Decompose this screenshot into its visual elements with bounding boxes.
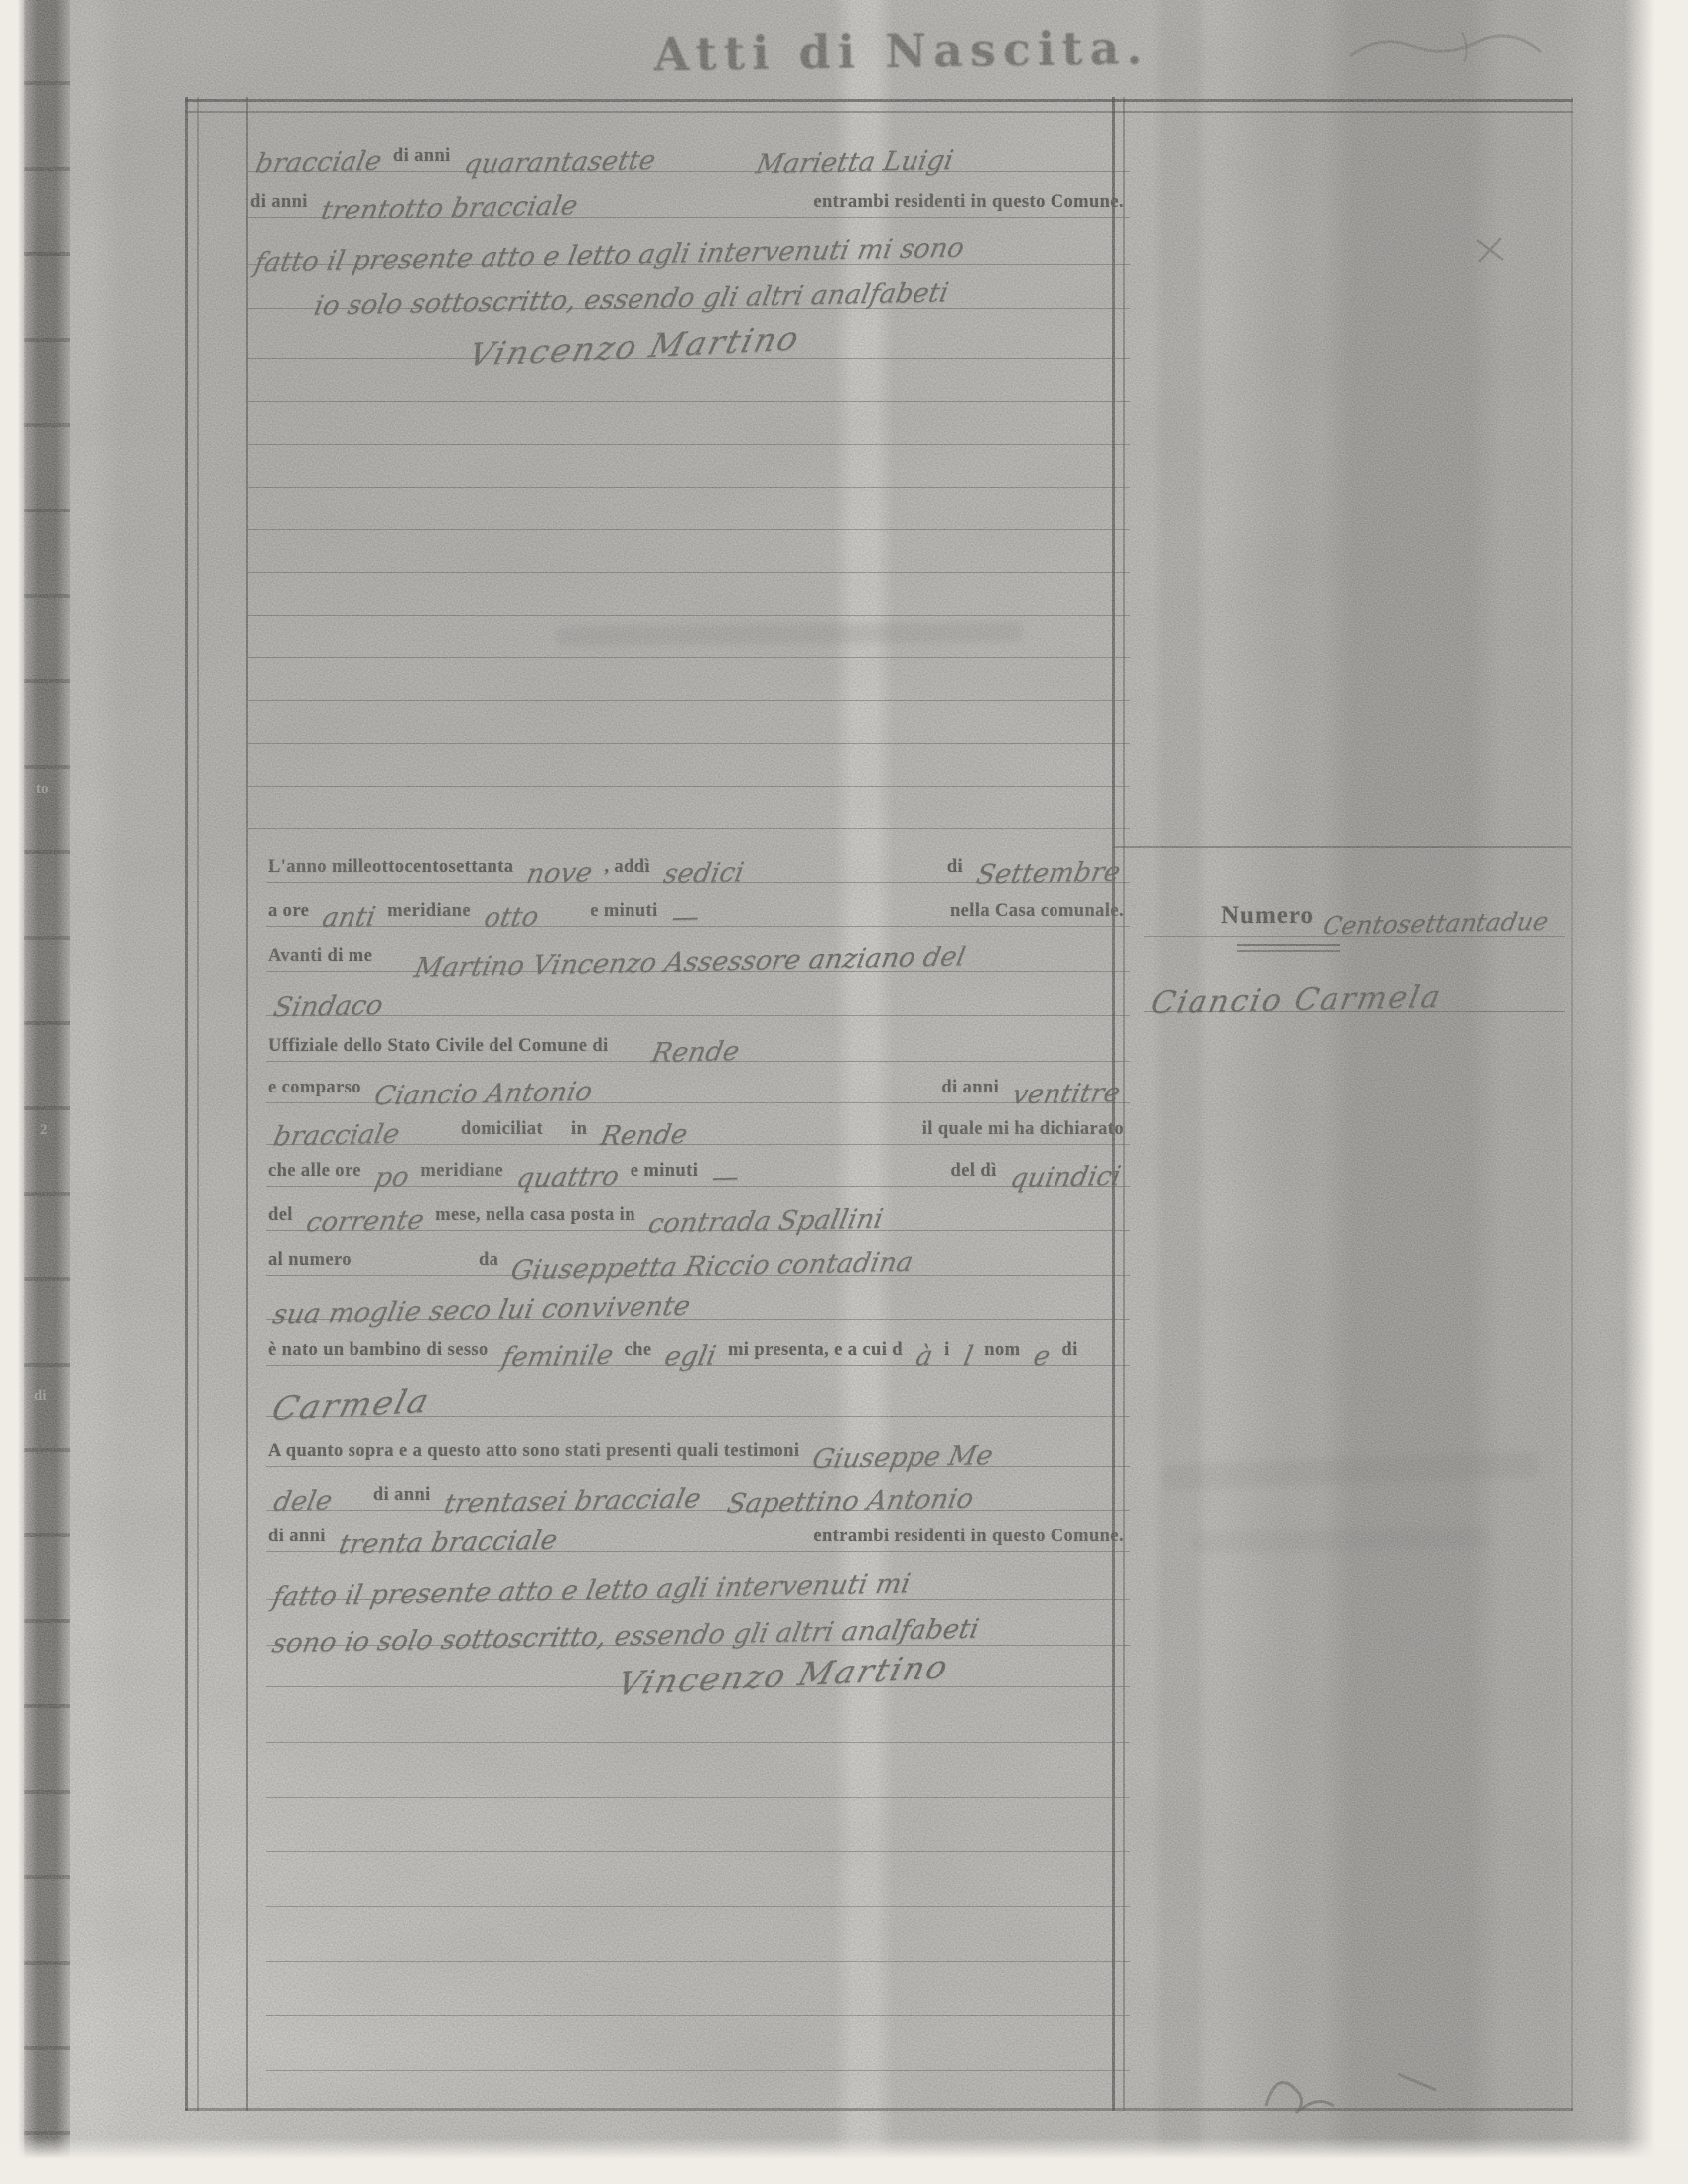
printed-text: Avanti di me bbox=[266, 946, 378, 971]
printed-text: da bbox=[477, 1250, 504, 1275]
top-block-line: io solo sottoscritto, essendo gli altri … bbox=[248, 266, 1130, 309]
ink-bleed-smudge bbox=[1162, 1451, 1540, 1490]
act-line: è nato un bambino di sessofeminilecheegl… bbox=[266, 1321, 1130, 1366]
act-line: al numerodaGiuseppetta Riccio contadina bbox=[266, 1232, 1130, 1276]
scanned-birth-record-page: to 2 di Atti di Nascita. braccialedi ann… bbox=[0, 0, 1688, 2184]
registered-name-row: Ciancio Carmela bbox=[1144, 959, 1565, 1012]
handwriting-text: egli bbox=[663, 1342, 719, 1370]
handwriting-text: trentotto bracciale bbox=[319, 192, 580, 223]
top-block-line: di annitrentotto braccialeentrambi resid… bbox=[248, 173, 1130, 218]
handwriting-text: à bbox=[914, 1343, 934, 1370]
act-line: Avanti di meMartino Vincenzo Assessore a… bbox=[266, 928, 1130, 972]
top-block-line: braccialedi anniquarantasetteMarietta Lu… bbox=[248, 127, 1130, 172]
printed-text: di anni bbox=[248, 192, 314, 217]
printed-text: mi presenta, e a cui d bbox=[726, 1340, 909, 1365]
printed-text: a ore bbox=[266, 901, 315, 926]
act-line: deledi annitrentasei braccialeSapettino … bbox=[266, 1468, 1130, 1511]
printed-text: il quale mi ha dichiarato bbox=[920, 1119, 1130, 1144]
printed-text: di bbox=[945, 857, 969, 882]
act-line: Carmela bbox=[266, 1369, 1130, 1417]
printed-text: che alle ore bbox=[266, 1161, 367, 1186]
act-line: sua moglie seco lui convivente bbox=[266, 1277, 1130, 1320]
act-line: sono io solo sottoscritto, essendo gli a… bbox=[266, 1601, 1130, 1646]
printed-text: di anni bbox=[266, 1527, 332, 1551]
handwriting-text: trenta bracciale bbox=[337, 1528, 560, 1559]
top-block-signature-line: Vincenzo Martino bbox=[248, 312, 1130, 359]
right-panel-divider bbox=[1114, 846, 1571, 848]
act-signature-line: Vincenzo Martino bbox=[266, 1647, 1130, 1687]
registered-name-handwriting: Ciancio Carmela bbox=[1148, 982, 1444, 1019]
printed-text: entrambi residenti in questo Comune. bbox=[811, 1527, 1130, 1551]
numero-value-handwriting: Centosettantadue bbox=[1321, 909, 1550, 939]
printed-text: nella Casa comunale. bbox=[948, 901, 1130, 926]
act-line: braccialedomiciliatinRendeil quale mi ha… bbox=[266, 1104, 1130, 1145]
printed-text: Uffiziale dello Stato Civile del Comune … bbox=[266, 1036, 615, 1061]
printed-text: che bbox=[623, 1340, 658, 1365]
printed-text: meridiane bbox=[418, 1161, 509, 1186]
margin-fragment: to bbox=[36, 781, 49, 798]
printed-text: di anni bbox=[391, 146, 457, 171]
blank-ruled-lines bbox=[266, 1688, 1130, 2110]
handwriting-text: feminile bbox=[499, 1342, 616, 1371]
printed-text: e comparso bbox=[266, 1078, 367, 1102]
printed-text: del bbox=[266, 1205, 299, 1230]
handwriting-text: l bbox=[961, 1343, 975, 1370]
numero-row: Numero Centosettantadue bbox=[1144, 884, 1565, 937]
printed-text: di anni bbox=[939, 1078, 1005, 1102]
signature-handwriting: Carmela bbox=[269, 1384, 434, 1425]
act-line: che alle orepomeridianequattroe minuti—d… bbox=[266, 1146, 1130, 1187]
printed-text: di anni bbox=[371, 1485, 437, 1510]
form-left-border bbox=[185, 97, 188, 2111]
blank-ruled-lines bbox=[248, 360, 1130, 840]
printed-text: mese, nella casa posta in bbox=[433, 1205, 641, 1230]
form-top-border-inner bbox=[185, 111, 1573, 113]
printed-text: in bbox=[569, 1119, 593, 1144]
corner-scribble bbox=[1342, 14, 1551, 73]
printed-text: A quanto sopra e a questo atto sono stat… bbox=[266, 1441, 805, 1466]
printed-text: e minuti bbox=[629, 1161, 704, 1186]
printed-text: i bbox=[942, 1340, 956, 1365]
scan-edge-bottom bbox=[0, 2138, 1688, 2184]
printed-text: meridiane bbox=[385, 901, 477, 926]
form-right-border bbox=[1571, 97, 1573, 2111]
act-line: di annitrenta braccialeentrambi resident… bbox=[266, 1512, 1130, 1552]
form-left-border-inner bbox=[197, 97, 199, 2111]
margin-fragment: 2 bbox=[40, 1122, 48, 1139]
act-line: Uffiziale dello Stato Civile del Comune … bbox=[266, 1019, 1130, 1062]
act-line: a oreantimeridianeottoe minuti—nella Cas… bbox=[266, 884, 1130, 927]
top-block-line: fatto il presente atto e letto agli inte… bbox=[248, 220, 1130, 265]
act-line: Sindaco bbox=[266, 975, 1130, 1016]
act-line: delcorrentemese, nella casa posta incont… bbox=[266, 1188, 1130, 1231]
act-line: e comparsoCiancio Antoniodi anniventitre bbox=[266, 1063, 1130, 1103]
numero-label: Numero bbox=[1144, 902, 1316, 936]
act-line: fatto il presente atto e letto agli inte… bbox=[266, 1555, 1130, 1600]
binding-edge-band bbox=[24, 0, 70, 2184]
act-line: L'anno milleottocentosettantanove, addìs… bbox=[266, 840, 1130, 883]
handwriting-text: e bbox=[1032, 1343, 1053, 1370]
printed-text: domiciliat bbox=[459, 1119, 549, 1144]
form-top-border bbox=[185, 99, 1573, 102]
printed-text: al numero bbox=[266, 1250, 357, 1275]
act-line: A quanto sopra e a questo atto sono stat… bbox=[266, 1426, 1130, 1467]
printed-text: L'anno milleottocentosettanta bbox=[266, 857, 519, 882]
ink-bleed-smudge bbox=[556, 622, 1023, 646]
printed-text: entrambi residenti in questo Comune. bbox=[811, 192, 1130, 217]
page-title: Atti di Nascita. bbox=[624, 20, 1181, 81]
printed-text: , addì bbox=[602, 857, 656, 882]
handwriting-text: Sindaco bbox=[271, 992, 385, 1021]
printed-text: del dì bbox=[949, 1161, 1003, 1186]
ink-bleed-smudge bbox=[1192, 1527, 1489, 1553]
margin-fragment: di bbox=[34, 1388, 47, 1405]
printed-text: è nato un bambino di sesso bbox=[266, 1340, 494, 1365]
scan-edge-right bbox=[1624, 0, 1688, 2184]
numero-underline bbox=[1237, 944, 1340, 952]
printed-text: e minuti bbox=[588, 901, 663, 926]
scan-edge-left bbox=[0, 0, 26, 2184]
printed-text: nom bbox=[982, 1340, 1026, 1365]
printed-text: di bbox=[1059, 1340, 1083, 1365]
